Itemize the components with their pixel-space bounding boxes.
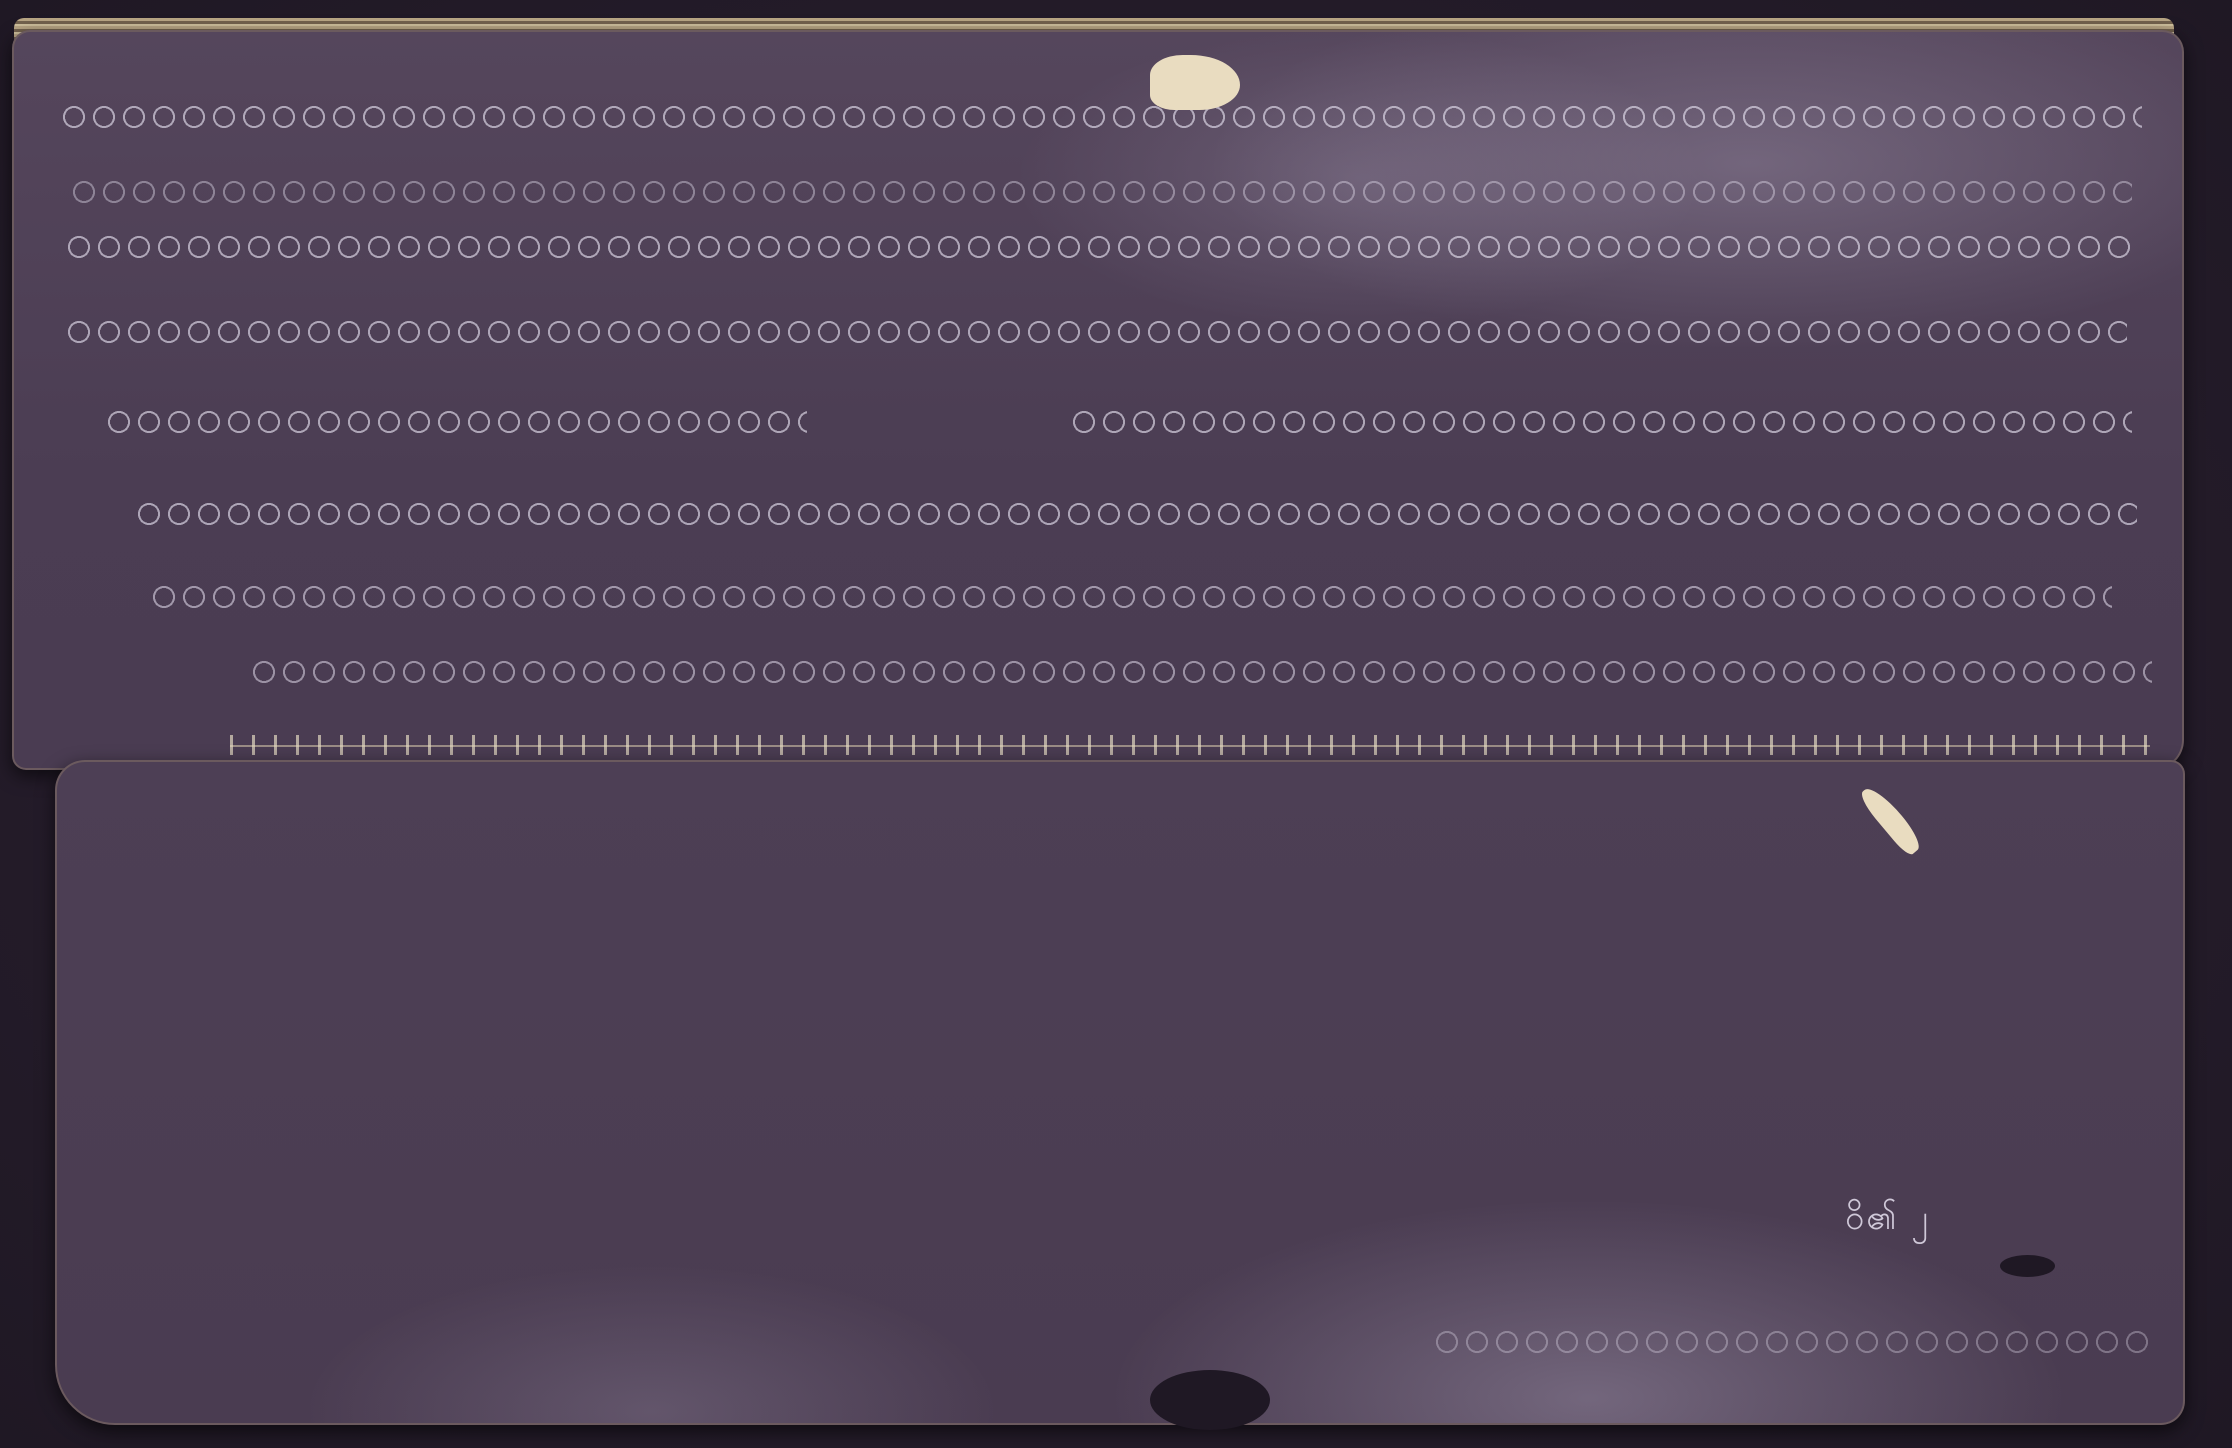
script-line-3 (67, 225, 2137, 269)
lower-folio: ဝိ၏ ၂ (55, 760, 2185, 1425)
page-marker: ဝိ၏ ၂ (1845, 1195, 1930, 1246)
script-line-4 (67, 310, 2127, 354)
edge-hole (2000, 1255, 2055, 1277)
upper-folio (12, 30, 2184, 770)
binding-stitches (230, 735, 2150, 755)
script-line-1 (62, 95, 2142, 139)
script-line-5a (107, 400, 807, 444)
photo-background: ဝိ၏ ၂ (0, 0, 2232, 1448)
script-line-2 (72, 170, 2132, 214)
script-line-7 (152, 575, 2112, 619)
script-line-6 (137, 492, 2137, 536)
faint-script-bottom (1435, 1320, 2155, 1364)
script-line-5b (1072, 400, 2132, 444)
script-line-8 (252, 650, 2152, 694)
edge-hole (1150, 1370, 1270, 1430)
